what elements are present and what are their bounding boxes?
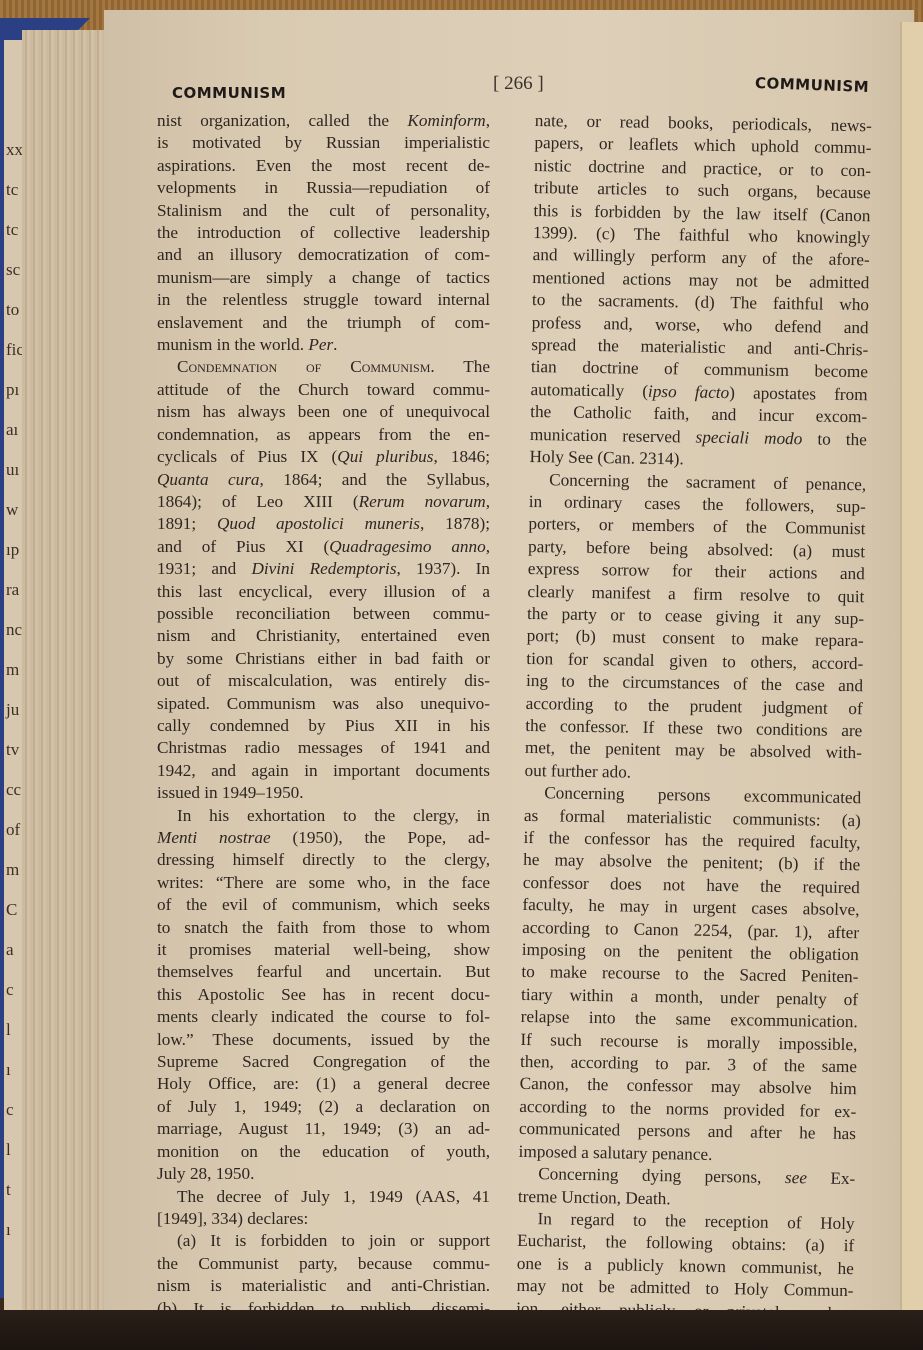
text-line: in the relentless struggle toward intern…	[157, 289, 490, 311]
text-line: enslavement and the triumph of com-	[157, 312, 490, 334]
text-line: and an illusory democratization of com-	[157, 244, 490, 266]
text-line: Stalinism and the cult of personality,	[157, 200, 490, 222]
text-line: Menti nostrae (1950), the Pope, ad-	[157, 827, 490, 849]
previous-page-text-fragment: xx	[6, 140, 23, 160]
text-line: it promises material well-being, show	[157, 939, 490, 961]
text-line: out of miscalculation, was entirely dis-	[157, 670, 490, 692]
previous-page-text-fragment: l	[6, 1020, 11, 1040]
text-line: In his exhortation to the clergy, in	[157, 805, 490, 827]
text-line: the introduction of collective leadershi…	[157, 222, 490, 244]
text-line: nism is materialistic and anti-Christian…	[157, 1275, 490, 1297]
text-line: to snatch the faith from those to whom	[157, 917, 490, 939]
previous-page-text-fragment: ra	[6, 580, 19, 600]
previous-page-text-fragment: tv	[6, 740, 19, 760]
text-line: (a) It is forbidden to join or support	[157, 1230, 490, 1252]
previous-page-text-fragment: c	[6, 1100, 14, 1120]
previous-page-text-fragment: w	[6, 500, 18, 520]
previous-page-text-fragment: ju	[6, 700, 19, 720]
previous-page-text-fragment: ı	[6, 1220, 11, 1240]
text-line: is motivated by Russian imperialistic	[157, 132, 490, 154]
text-line: cally condemned by Pius XII in his	[157, 715, 490, 737]
text-line: 1942, and again in important documents	[157, 760, 490, 782]
previous-page-text-fragment: t	[6, 1180, 11, 1200]
previous-page-text-fragment: a	[6, 940, 14, 960]
previous-page-text-fragment: C	[6, 900, 17, 920]
text-line: low.” These documents, issued by the	[157, 1029, 490, 1051]
bottom-shadow	[0, 1310, 923, 1350]
book-photo: xxtctcsctoficpıaıuıwıprancmjutvccofmCacl…	[0, 0, 923, 1350]
previous-page-text-fragment: tc	[6, 220, 18, 240]
text-line: this Apostolic See has in recent docu-	[157, 984, 490, 1006]
text-line: Condemnation of Communism. The	[157, 356, 490, 378]
previous-page-text-fragment: m	[6, 860, 19, 880]
previous-page-text-fragment: uı	[6, 460, 19, 480]
previous-page-text-fragment: pı	[6, 380, 19, 400]
text-line: of the evil of communism, which seeks	[157, 894, 490, 916]
previous-page-text-fragment: ıp	[6, 540, 19, 560]
left-column-text: nist organization, called the Kominform,…	[157, 110, 490, 1320]
previous-page-text-fragment: tc	[6, 180, 18, 200]
text-line: this last encyclical, every illusion of …	[157, 581, 490, 603]
page-number: [ 266 ]	[493, 73, 544, 95]
text-line: by some Christians either in bad faith o…	[157, 648, 490, 670]
text-line: [1949], 334) declares:	[157, 1208, 490, 1230]
text-line: aspirations. Even the most recent de-	[157, 155, 490, 177]
page-stack-edges	[22, 30, 104, 1315]
text-line: themselves fearful and uncertain. But	[157, 961, 490, 983]
right-column-text: nate, or read books, periodicals, news-p…	[516, 110, 872, 1325]
text-line: nist organization, called the Kominform,	[157, 110, 490, 132]
text-line: Holy Office, are: (1) a general decree	[157, 1073, 490, 1095]
text-line: ments clearly indicated the course to fo…	[157, 1006, 490, 1028]
text-line: 1864); of Leo XIII (Rerum novarum,	[157, 491, 490, 513]
text-line: munism—are simply a change of tactics	[157, 267, 490, 289]
previous-page-text-fragment: cc	[6, 780, 21, 800]
previous-page-text-fragment: ı	[6, 1060, 11, 1080]
previous-page-text-fragment: c	[6, 980, 14, 1000]
text-line: nism and Christianity, entertained even	[157, 625, 490, 647]
text-line: condemnation, as appears from the en-	[157, 424, 490, 446]
previous-page-text-fragment: to	[6, 300, 19, 320]
text-line: nism has always been one of unequivocal	[157, 401, 490, 423]
previous-page-text-fragment: nc	[6, 620, 22, 640]
text-line: issued in 1949–1950.	[157, 782, 490, 804]
previous-page-text-fragment: l	[6, 1140, 11, 1160]
text-line: monition on the education of youth,	[157, 1141, 490, 1163]
text-line: marriage, August 11, 1949; (3) an ad-	[157, 1118, 490, 1140]
text-line: the Communist party, because commu-	[157, 1253, 490, 1275]
text-line: possible reconciliation between commu-	[157, 603, 490, 625]
previous-page-text-fragment: of	[6, 820, 20, 840]
text-line: Quanta cura, 1864; and the Syllabus,	[157, 469, 490, 491]
text-line: 1891; Quod apostolici muneris, 1878);	[157, 513, 490, 535]
facing-page-edge	[900, 22, 923, 1322]
text-line: of July 1, 1949; (2) a declaration on	[157, 1096, 490, 1118]
text-line: The decree of July 1, 1949 (AAS, 41	[157, 1186, 490, 1208]
text-line: dressing himself directly to the clergy,	[157, 849, 490, 871]
previous-page-text-fragment: aı	[6, 420, 18, 440]
text-line: Supreme Sacred Congregation of the	[157, 1051, 490, 1073]
text-line: 1931; and Divini Redemptoris, 1937). In	[157, 558, 490, 580]
text-line: and of Pius XI (Quadragesimo anno,	[157, 536, 490, 558]
running-head-left: COMMUNISM	[172, 84, 286, 102]
text-line: Christmas radio messages of 1941 and	[157, 737, 490, 759]
previous-page-text-fragment: m	[6, 660, 19, 680]
text-line: munism in the world. Per.	[157, 334, 490, 356]
text-line: writes: “There are some who, in the face	[157, 872, 490, 894]
text-line: July 28, 1950.	[157, 1163, 490, 1185]
text-line: attitude of the Church toward commu-	[157, 379, 490, 401]
previous-page-text-fragment: sc	[6, 260, 20, 280]
text-line: velopments in Russia—repudiation of	[157, 177, 490, 199]
text-line: sipated. Communism was also unequivo-	[157, 693, 490, 715]
text-line: cyclicals of Pius IX (Qui pluribus, 1846…	[157, 446, 490, 468]
